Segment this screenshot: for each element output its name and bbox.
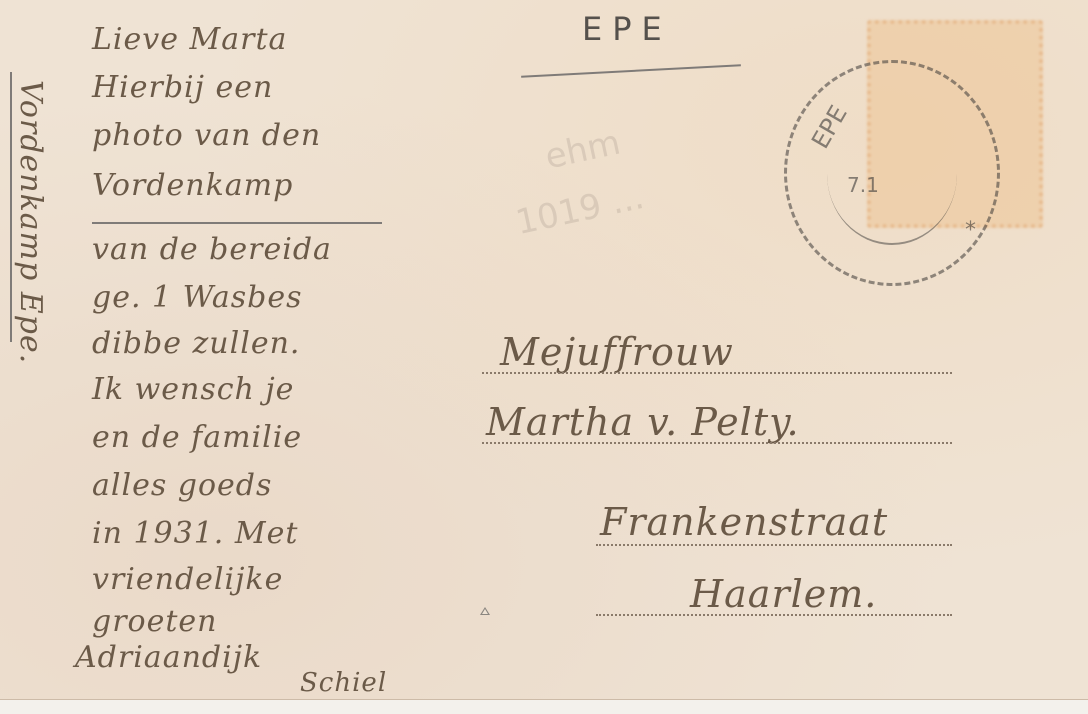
message-line: groeten xyxy=(92,604,218,639)
pencil-note-epe: EPE xyxy=(582,10,672,48)
faint-pencil-note-2: 1019 ... xyxy=(512,177,647,243)
message-line: photo van den xyxy=(92,118,321,153)
message-line: Hierbij een xyxy=(92,70,273,105)
message-signature-2: Schiel xyxy=(300,668,387,698)
postmark-date: 7.1 xyxy=(847,173,879,197)
faint-pencil-note-1: ehm xyxy=(542,123,624,178)
message-line: alles goeds xyxy=(92,468,272,503)
address-dotted-line xyxy=(596,544,952,546)
message-line: dibbe zullen. xyxy=(92,326,300,361)
pencil-underline xyxy=(521,64,741,78)
postmark-star-icon: * xyxy=(965,218,976,243)
message-underline xyxy=(92,222,382,224)
message-line: Vordenkamp xyxy=(92,168,293,203)
scan-background-strip xyxy=(0,700,1088,714)
message-line: in 1931. Met xyxy=(92,516,298,551)
address-dotted-line xyxy=(596,614,952,616)
margin-underline xyxy=(10,72,12,342)
margin-vertical-text: Vordenkamp Epe. xyxy=(13,80,48,364)
address-line-city: Haarlem. xyxy=(690,572,877,616)
message-line: Lieve Marta xyxy=(92,22,287,57)
postmark-circle: EPE 7.1 * xyxy=(784,60,1000,286)
postcard-back: ehm 1019 ... EPE EPE 7.1 * Vordenkamp Ep… xyxy=(0,0,1088,700)
message-line: en de familie xyxy=(92,420,302,455)
message-signature: Adriaandijk xyxy=(75,640,262,675)
message-line: van de bereida xyxy=(92,232,332,267)
pencil-triangle-mark xyxy=(480,607,490,615)
address-line-street: Frankenstraat xyxy=(600,500,888,544)
address-line-salutation: Mejuffrouw xyxy=(500,330,734,374)
address-line-name: Martha v. Pelty. xyxy=(486,400,800,444)
message-line: Ik wensch je xyxy=(92,372,294,407)
message-line: ge. 1 Wasbes xyxy=(92,280,303,315)
message-line: vriendelijke xyxy=(92,562,283,597)
address-dotted-line xyxy=(482,442,952,444)
address-dotted-line xyxy=(482,372,952,374)
